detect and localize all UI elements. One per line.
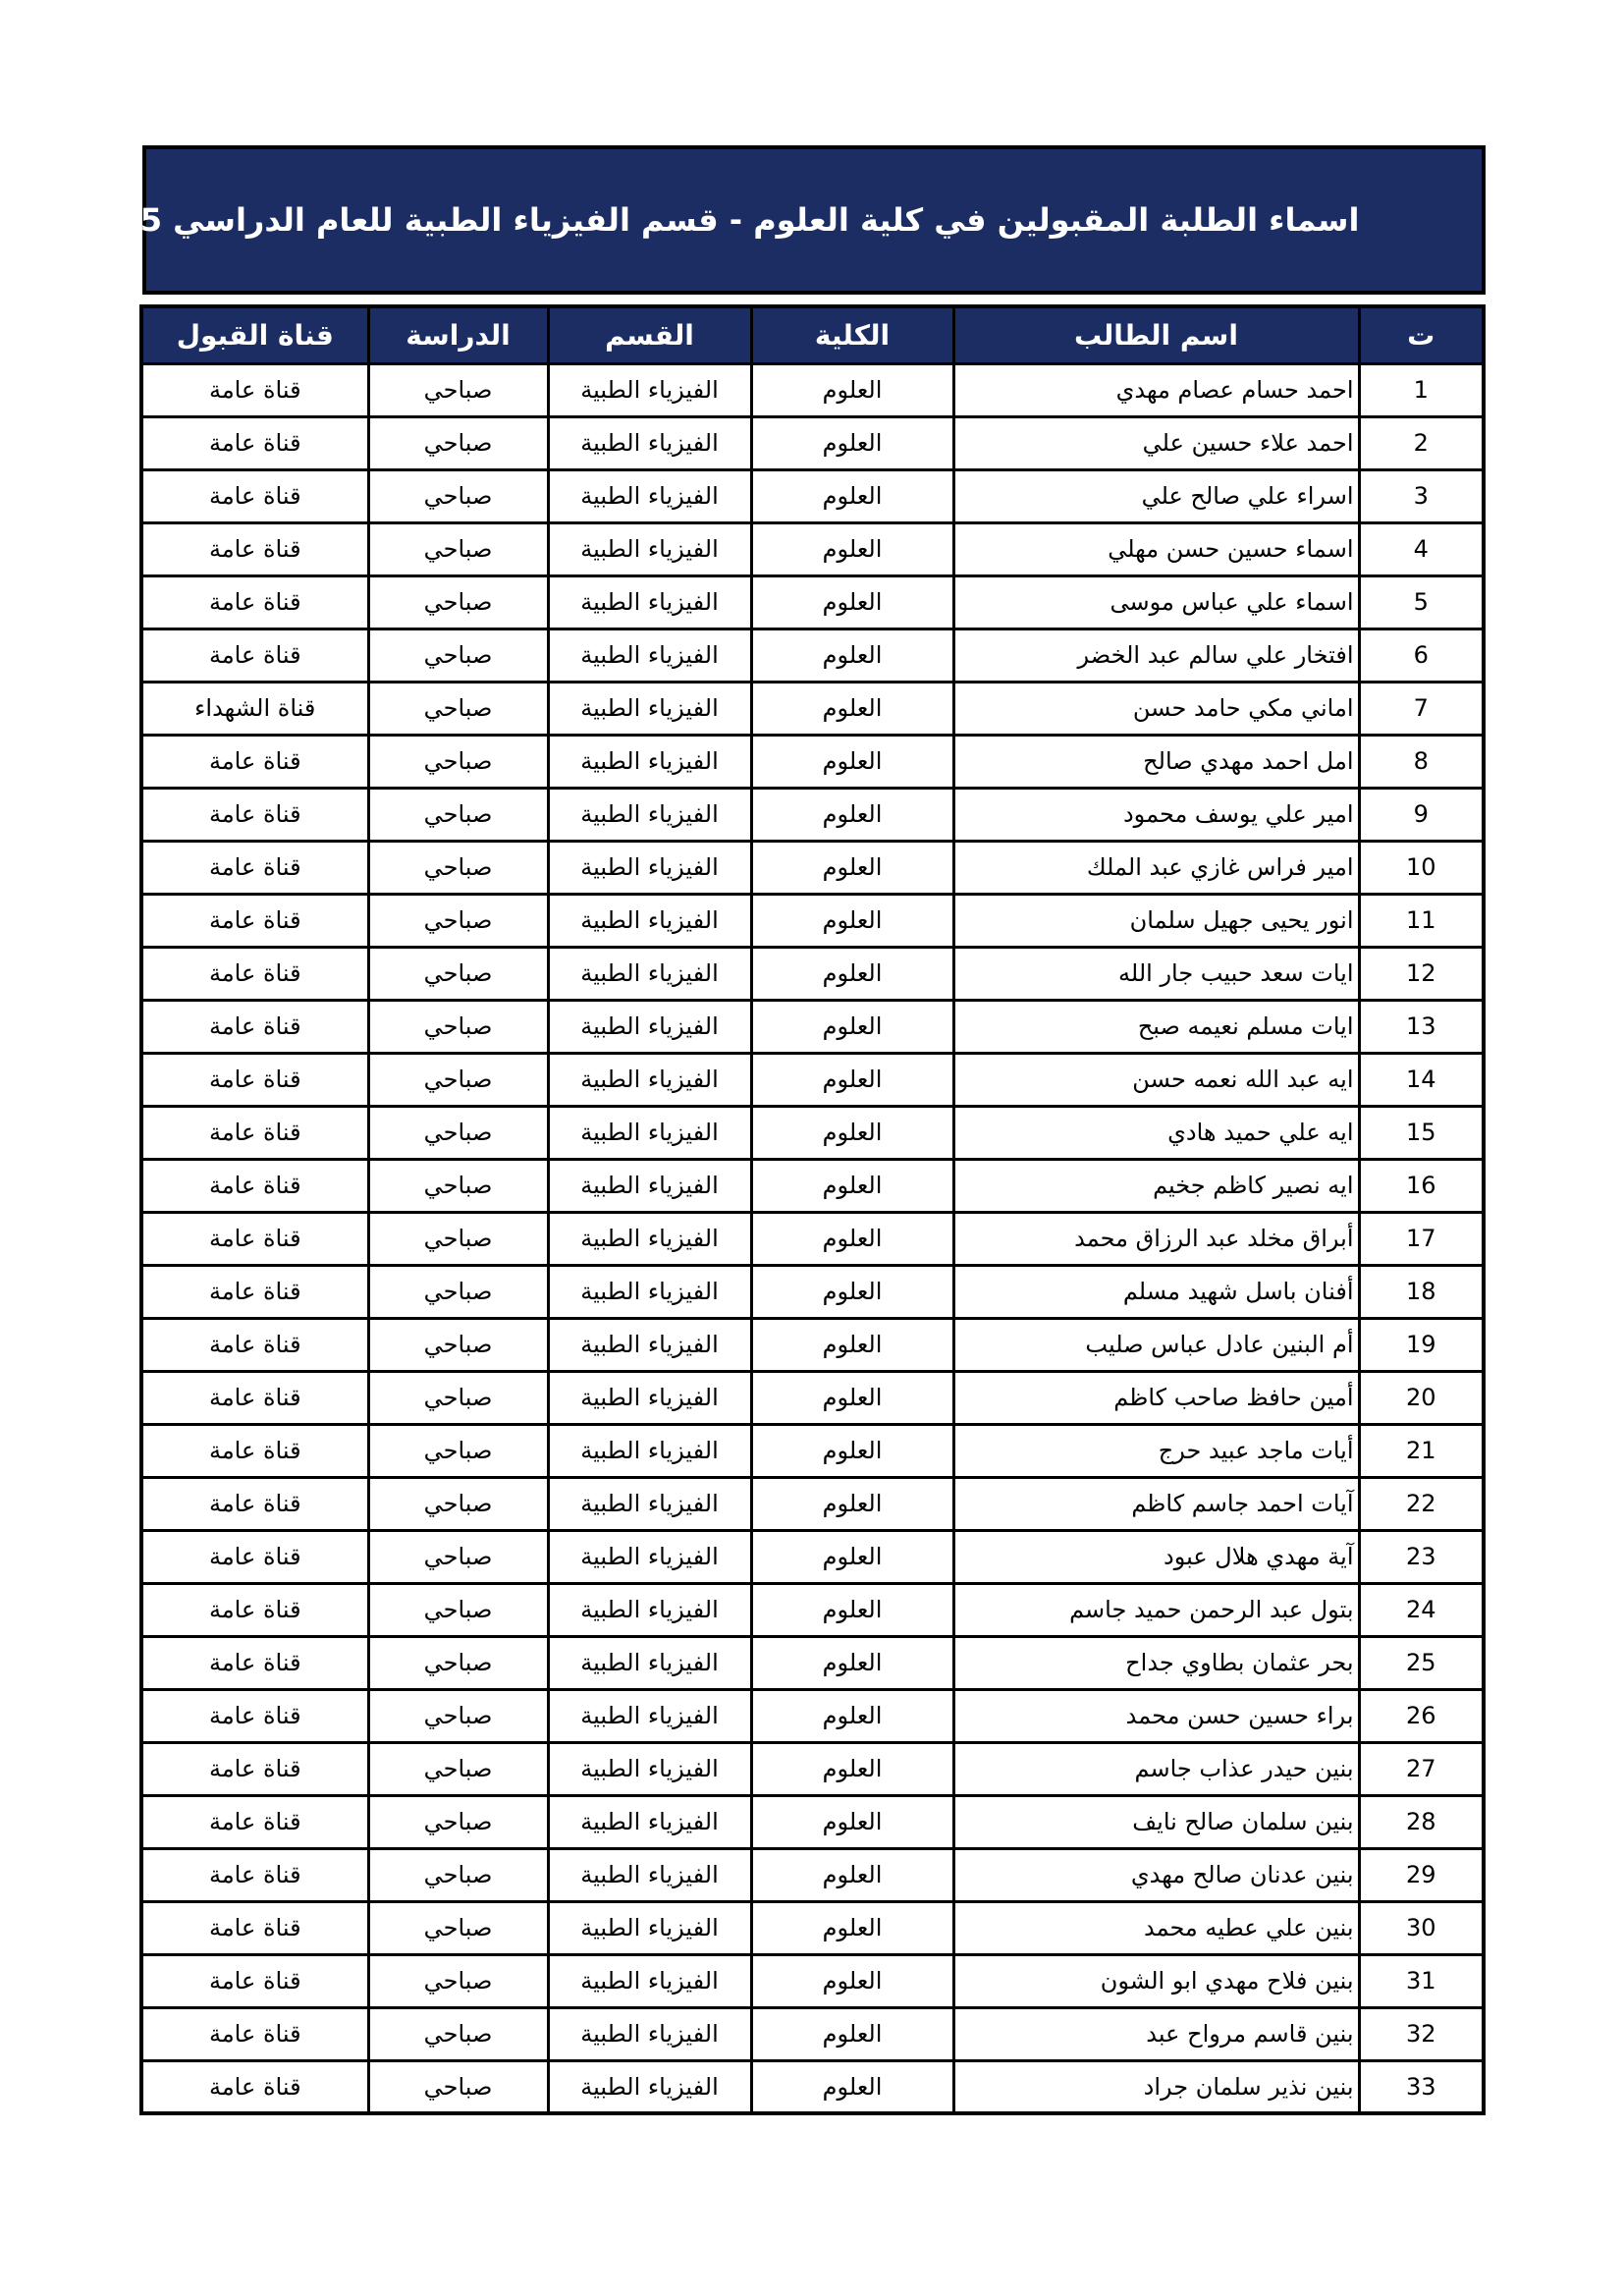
table-row: 8امل احمد مهدي صالحالعلومالفيزياء الطبية… <box>141 735 1484 788</box>
college-cell: العلوم <box>751 947 953 1000</box>
college-cell: العلوم <box>751 1689 953 1742</box>
table-row: 32بنين قاسم مرواح عبدالعلومالفيزياء الطب… <box>141 2007 1484 2060</box>
admission-channel-cell: قناة عامة <box>141 1477 368 1530</box>
department-cell: الفيزياء الطبية <box>548 1583 751 1636</box>
student-name-cell: امير فراس غازي عبد الملك <box>953 841 1359 894</box>
col-header-college: الكلية <box>751 306 953 363</box>
department-cell: الفيزياء الطبية <box>548 1265 751 1318</box>
admission-channel-cell: قناة عامة <box>141 1530 368 1583</box>
table-row: 17أبراق مخلد عبد الرزاق محمدالعلومالفيزي… <box>141 1212 1484 1265</box>
study-type-cell: صباحي <box>368 1053 548 1106</box>
student-name-cell: بنين عدنان صالح مهدي <box>953 1848 1359 1901</box>
department-cell: الفيزياء الطبية <box>548 2007 751 2060</box>
department-cell: الفيزياء الطبية <box>548 1901 751 1954</box>
college-cell: العلوم <box>751 1742 953 1795</box>
table-row: 6افتخار علي سالم عبد الخضرالعلومالفيزياء… <box>141 629 1484 682</box>
students-table: ت اسم الطالب الكلية القسم الدراسة قناة ا… <box>139 304 1486 2115</box>
study-type-cell: صباحي <box>368 1106 548 1159</box>
study-type-cell: صباحي <box>368 2007 548 2060</box>
college-cell: العلوم <box>751 1265 953 1318</box>
student-name-cell: ايات مسلم نعيمه صبح <box>953 1000 1359 1053</box>
study-type-cell: صباحي <box>368 1318 548 1371</box>
serial-cell: 21 <box>1359 1424 1484 1477</box>
serial-cell: 2 <box>1359 416 1484 469</box>
study-type-cell: صباحي <box>368 575 548 629</box>
serial-cell: 18 <box>1359 1265 1484 1318</box>
admission-channel-cell: قناة عامة <box>141 1689 368 1742</box>
study-type-cell: صباحي <box>368 1901 548 1954</box>
serial-cell: 10 <box>1359 841 1484 894</box>
study-type-cell: صباحي <box>368 1583 548 1636</box>
table-row: 1احمد حسام عصام مهديالعلومالفيزياء الطبي… <box>141 363 1484 416</box>
college-cell: العلوم <box>751 1000 953 1053</box>
admission-channel-cell: قناة عامة <box>141 1265 368 1318</box>
admission-channel-cell: قناة عامة <box>141 1901 368 1954</box>
college-cell: العلوم <box>751 522 953 575</box>
student-name-cell: بنين نذير سلمان جراد <box>953 2060 1359 2113</box>
study-type-cell: صباحي <box>368 416 548 469</box>
student-name-cell: أيات ماجد عبيد حرج <box>953 1424 1359 1477</box>
study-type-cell: صباحي <box>368 1265 548 1318</box>
department-cell: الفيزياء الطبية <box>548 1000 751 1053</box>
table-row: 25بحر عثمان بطاوي جداحالعلومالفيزياء الط… <box>141 1636 1484 1689</box>
admission-channel-cell: قناة عامة <box>141 947 368 1000</box>
admission-channel-cell: قناة عامة <box>141 1159 368 1212</box>
col-header-student-name: اسم الطالب <box>953 306 1359 363</box>
college-cell: العلوم <box>751 1636 953 1689</box>
study-type-cell: صباحي <box>368 1742 548 1795</box>
department-cell: الفيزياء الطبية <box>548 1106 751 1159</box>
serial-cell: 3 <box>1359 469 1484 522</box>
serial-cell: 16 <box>1359 1159 1484 1212</box>
study-type-cell: صباحي <box>368 1795 548 1848</box>
serial-cell: 19 <box>1359 1318 1484 1371</box>
college-cell: العلوم <box>751 1424 953 1477</box>
department-cell: الفيزياء الطبية <box>548 629 751 682</box>
department-cell: الفيزياء الطبية <box>548 1477 751 1530</box>
table-row: 33بنين نذير سلمان جرادالعلومالفيزياء الط… <box>141 2060 1484 2113</box>
college-cell: العلوم <box>751 575 953 629</box>
college-cell: العلوم <box>751 1477 953 1530</box>
admission-channel-cell: قناة عامة <box>141 841 368 894</box>
department-cell: الفيزياء الطبية <box>548 1212 751 1265</box>
college-cell: العلوم <box>751 2060 953 2113</box>
college-cell: العلوم <box>751 629 953 682</box>
document-page: اسماء الطلبة المقبولين في كلية العلوم - … <box>142 145 1486 2115</box>
serial-cell: 27 <box>1359 1742 1484 1795</box>
college-cell: العلوم <box>751 1954 953 2007</box>
department-cell: الفيزياء الطبية <box>548 735 751 788</box>
student-name-cell: بنين حيدر عذاب جاسم <box>953 1742 1359 1795</box>
college-cell: العلوم <box>751 735 953 788</box>
serial-cell: 6 <box>1359 629 1484 682</box>
admission-channel-cell: قناة عامة <box>141 1583 368 1636</box>
serial-cell: 1 <box>1359 363 1484 416</box>
col-header-study-type: الدراسة <box>368 306 548 363</box>
table-row: 20أمين حافظ صاحب كاظمالعلومالفيزياء الطب… <box>141 1371 1484 1424</box>
admission-channel-cell: قناة عامة <box>141 363 368 416</box>
college-cell: العلوم <box>751 1159 953 1212</box>
serial-cell: 8 <box>1359 735 1484 788</box>
student-name-cell: امير علي يوسف محمود <box>953 788 1359 841</box>
student-name-cell: انور يحيى جهيل سلمان <box>953 894 1359 947</box>
student-name-cell: براء حسين حسن محمد <box>953 1689 1359 1742</box>
college-cell: العلوم <box>751 1848 953 1901</box>
student-name-cell: بحر عثمان بطاوي جداح <box>953 1636 1359 1689</box>
admission-channel-cell: قناة عامة <box>141 1053 368 1106</box>
study-type-cell: صباحي <box>368 469 548 522</box>
college-cell: العلوم <box>751 1318 953 1371</box>
study-type-cell: صباحي <box>368 1212 548 1265</box>
admission-channel-cell: قناة عامة <box>141 894 368 947</box>
department-cell: الفيزياء الطبية <box>548 1530 751 1583</box>
study-type-cell: صباحي <box>368 1477 548 1530</box>
page-title: اسماء الطلبة المقبولين في كلية العلوم - … <box>0 201 1359 239</box>
table-row: 16ايه نصير كاظم جخيمالعلومالفيزياء الطبي… <box>141 1159 1484 1212</box>
department-cell: الفيزياء الطبية <box>548 788 751 841</box>
serial-cell: 25 <box>1359 1636 1484 1689</box>
student-name-cell: أفنان باسل شهيد مسلم <box>953 1265 1359 1318</box>
department-cell: الفيزياء الطبية <box>548 1795 751 1848</box>
table-row: 23آية مهدي هلال عبودالعلومالفيزياء الطبي… <box>141 1530 1484 1583</box>
study-type-cell: صباحي <box>368 2060 548 2113</box>
serial-cell: 11 <box>1359 894 1484 947</box>
serial-cell: 9 <box>1359 788 1484 841</box>
admission-channel-cell: قناة عامة <box>141 1742 368 1795</box>
study-type-cell: صباحي <box>368 1848 548 1901</box>
student-name-cell: اسراء علي صالح علي <box>953 469 1359 522</box>
study-type-cell: صباحي <box>368 522 548 575</box>
serial-cell: 13 <box>1359 1000 1484 1053</box>
admission-channel-cell: قناة عامة <box>141 1318 368 1371</box>
study-type-cell: صباحي <box>368 1689 548 1742</box>
table-row: 31بنين فلاح مهدي ابو الشونالعلومالفيزياء… <box>141 1954 1484 2007</box>
title-banner: اسماء الطلبة المقبولين في كلية العلوم - … <box>142 145 1486 295</box>
table-row: 22آيات احمد جاسم كاظمالعلومالفيزياء الطب… <box>141 1477 1484 1530</box>
student-name-cell: بنين علي عطيه محمد <box>953 1901 1359 1954</box>
department-cell: الفيزياء الطبية <box>548 1424 751 1477</box>
student-name-cell: أمين حافظ صاحب كاظم <box>953 1371 1359 1424</box>
college-cell: العلوم <box>751 416 953 469</box>
student-name-cell: افتخار علي سالم عبد الخضر <box>953 629 1359 682</box>
student-name-cell: بنين فلاح مهدي ابو الشون <box>953 1954 1359 2007</box>
department-cell: الفيزياء الطبية <box>548 1053 751 1106</box>
serial-cell: 29 <box>1359 1848 1484 1901</box>
serial-cell: 33 <box>1359 2060 1484 2113</box>
college-cell: العلوم <box>751 1371 953 1424</box>
college-cell: العلوم <box>751 1530 953 1583</box>
admission-channel-cell: قناة عامة <box>141 1212 368 1265</box>
admission-channel-cell: قناة عامة <box>141 1106 368 1159</box>
study-type-cell: صباحي <box>368 363 548 416</box>
student-name-cell: اسماء حسين حسن مهلي <box>953 522 1359 575</box>
student-name-cell: ايات سعد حبيب جار الله <box>953 947 1359 1000</box>
serial-cell: 15 <box>1359 1106 1484 1159</box>
student-name-cell: ايه عبد الله نعمه حسن <box>953 1053 1359 1106</box>
study-type-cell: صباحي <box>368 841 548 894</box>
admission-channel-cell: قناة عامة <box>141 1636 368 1689</box>
study-type-cell: صباحي <box>368 894 548 947</box>
study-type-cell: صباحي <box>368 1424 548 1477</box>
table-row: 18أفنان باسل شهيد مسلمالعلومالفيزياء الط… <box>141 1265 1484 1318</box>
serial-cell: 14 <box>1359 1053 1484 1106</box>
study-type-cell: صباحي <box>368 1636 548 1689</box>
department-cell: الفيزياء الطبية <box>548 1742 751 1795</box>
table-row: 2احمد علاء حسين عليالعلومالفيزياء الطبية… <box>141 416 1484 469</box>
serial-cell: 32 <box>1359 2007 1484 2060</box>
col-header-department: القسم <box>548 306 751 363</box>
serial-cell: 17 <box>1359 1212 1484 1265</box>
study-type-cell: صباحي <box>368 682 548 735</box>
table-row: 9امير علي يوسف محمودالعلومالفيزياء الطبي… <box>141 788 1484 841</box>
col-header-serial: ت <box>1359 306 1484 363</box>
study-type-cell: صباحي <box>368 735 548 788</box>
college-cell: العلوم <box>751 894 953 947</box>
table-row: 27بنين حيدر عذاب جاسمالعلومالفيزياء الطب… <box>141 1742 1484 1795</box>
admission-channel-cell: قناة عامة <box>141 1848 368 1901</box>
admission-channel-cell: قناة عامة <box>141 2060 368 2113</box>
table-row: 13ايات مسلم نعيمه صبحالعلومالفيزياء الطب… <box>141 1000 1484 1053</box>
student-name-cell: اماني مكي حامد حسن <box>953 682 1359 735</box>
serial-cell: 4 <box>1359 522 1484 575</box>
serial-cell: 26 <box>1359 1689 1484 1742</box>
table-row: 7اماني مكي حامد حسنالعلومالفيزياء الطبية… <box>141 682 1484 735</box>
college-cell: العلوم <box>751 1212 953 1265</box>
serial-cell: 24 <box>1359 1583 1484 1636</box>
college-cell: العلوم <box>751 1106 953 1159</box>
admission-channel-cell: قناة عامة <box>141 2007 368 2060</box>
admission-channel-cell: قناة عامة <box>141 416 368 469</box>
college-cell: العلوم <box>751 1795 953 1848</box>
admission-channel-cell: قناة عامة <box>141 1795 368 1848</box>
table-row: 28بنين سلمان صالح نايفالعلومالفيزياء الط… <box>141 1795 1484 1848</box>
table-row: 10امير فراس غازي عبد الملكالعلومالفيزياء… <box>141 841 1484 894</box>
department-cell: الفيزياء الطبية <box>548 363 751 416</box>
student-name-cell: اسماء علي عباس موسى <box>953 575 1359 629</box>
college-cell: العلوم <box>751 1583 953 1636</box>
student-name-cell: بنين قاسم مرواح عبد <box>953 2007 1359 2060</box>
study-type-cell: صباحي <box>368 1000 548 1053</box>
table-row: 30بنين علي عطيه محمدالعلومالفيزياء الطبي… <box>141 1901 1484 1954</box>
admission-channel-cell: قناة عامة <box>141 575 368 629</box>
table-row: 26براء حسين حسن محمدالعلومالفيزياء الطبي… <box>141 1689 1484 1742</box>
student-name-cell: بنين سلمان صالح نايف <box>953 1795 1359 1848</box>
study-type-cell: صباحي <box>368 788 548 841</box>
department-cell: الفيزياء الطبية <box>548 1371 751 1424</box>
college-cell: العلوم <box>751 682 953 735</box>
serial-cell: 30 <box>1359 1901 1484 1954</box>
table-row: 14ايه عبد الله نعمه حسنالعلومالفيزياء ال… <box>141 1053 1484 1106</box>
table-row: 24بتول عبد الرحمن حميد جاسمالعلومالفيزيا… <box>141 1583 1484 1636</box>
department-cell: الفيزياء الطبية <box>548 469 751 522</box>
department-cell: الفيزياء الطبية <box>548 416 751 469</box>
col-header-admission-channel: قناة القبول <box>141 306 368 363</box>
serial-cell: 28 <box>1359 1795 1484 1848</box>
table-header-row: ت اسم الطالب الكلية القسم الدراسة قناة ا… <box>141 306 1484 363</box>
admission-channel-cell: قناة عامة <box>141 1954 368 2007</box>
department-cell: الفيزياء الطبية <box>548 682 751 735</box>
table-row: 5اسماء علي عباس موسىالعلومالفيزياء الطبي… <box>141 575 1484 629</box>
table-row: 4اسماء حسين حسن مهليالعلومالفيزياء الطبي… <box>141 522 1484 575</box>
admission-channel-cell: قناة عامة <box>141 629 368 682</box>
department-cell: الفيزياء الطبية <box>548 947 751 1000</box>
student-name-cell: أبراق مخلد عبد الرزاق محمد <box>953 1212 1359 1265</box>
study-type-cell: صباحي <box>368 1530 548 1583</box>
admission-channel-cell: قناة عامة <box>141 1371 368 1424</box>
serial-cell: 22 <box>1359 1477 1484 1530</box>
department-cell: الفيزياء الطبية <box>548 1689 751 1742</box>
table-row: 3اسراء علي صالح عليالعلومالفيزياء الطبية… <box>141 469 1484 522</box>
study-type-cell: صباحي <box>368 1159 548 1212</box>
serial-cell: 5 <box>1359 575 1484 629</box>
college-cell: العلوم <box>751 1053 953 1106</box>
admission-channel-cell: قناة عامة <box>141 469 368 522</box>
study-type-cell: صباحي <box>368 629 548 682</box>
college-cell: العلوم <box>751 469 953 522</box>
department-cell: الفيزياء الطبية <box>548 841 751 894</box>
admission-channel-cell: قناة عامة <box>141 1424 368 1477</box>
department-cell: الفيزياء الطبية <box>548 1636 751 1689</box>
department-cell: الفيزياء الطبية <box>548 1954 751 2007</box>
student-name-cell: بتول عبد الرحمن حميد جاسم <box>953 1583 1359 1636</box>
student-name-cell: امل احمد مهدي صالح <box>953 735 1359 788</box>
department-cell: الفيزياء الطبية <box>548 522 751 575</box>
serial-cell: 12 <box>1359 947 1484 1000</box>
table-row: 12ايات سعد حبيب جار اللهالعلومالفيزياء ا… <box>141 947 1484 1000</box>
student-name-cell: احمد علاء حسين علي <box>953 416 1359 469</box>
serial-cell: 7 <box>1359 682 1484 735</box>
department-cell: الفيزياء الطبية <box>548 1848 751 1901</box>
student-name-cell: أم البنين عادل عباس صليب <box>953 1318 1359 1371</box>
department-cell: الفيزياء الطبية <box>548 894 751 947</box>
serial-cell: 31 <box>1359 1954 1484 2007</box>
admission-channel-cell: قناة عامة <box>141 735 368 788</box>
table-row: 19أم البنين عادل عباس صليبالعلومالفيزياء… <box>141 1318 1484 1371</box>
student-name-cell: ايه نصير كاظم جخيم <box>953 1159 1359 1212</box>
table-row: 29بنين عدنان صالح مهديالعلومالفيزياء الط… <box>141 1848 1484 1901</box>
serial-cell: 20 <box>1359 1371 1484 1424</box>
admission-channel-cell: قناة عامة <box>141 788 368 841</box>
students-table-body: 1احمد حسام عصام مهديالعلومالفيزياء الطبي… <box>141 363 1484 2113</box>
table-row: 11انور يحيى جهيل سلمانالعلومالفيزياء الط… <box>141 894 1484 947</box>
student-name-cell: احمد حسام عصام مهدي <box>953 363 1359 416</box>
study-type-cell: صباحي <box>368 1954 548 2007</box>
study-type-cell: صباحي <box>368 1371 548 1424</box>
department-cell: الفيزياء الطبية <box>548 1318 751 1371</box>
department-cell: الفيزياء الطبية <box>548 575 751 629</box>
student-name-cell: آيات احمد جاسم كاظم <box>953 1477 1359 1530</box>
admission-channel-cell: قناة عامة <box>141 1000 368 1053</box>
college-cell: العلوم <box>751 841 953 894</box>
college-cell: العلوم <box>751 2007 953 2060</box>
department-cell: الفيزياء الطبية <box>548 1159 751 1212</box>
college-cell: العلوم <box>751 363 953 416</box>
table-row: 15ايه علي حميد هاديالعلومالفيزياء الطبية… <box>141 1106 1484 1159</box>
admission-channel-cell: قناة الشهداء <box>141 682 368 735</box>
college-cell: العلوم <box>751 788 953 841</box>
serial-cell: 23 <box>1359 1530 1484 1583</box>
student-name-cell: ايه علي حميد هادي <box>953 1106 1359 1159</box>
department-cell: الفيزياء الطبية <box>548 2060 751 2113</box>
admission-channel-cell: قناة عامة <box>141 522 368 575</box>
college-cell: العلوم <box>751 1901 953 1954</box>
table-row: 21أيات ماجد عبيد حرجالعلومالفيزياء الطبي… <box>141 1424 1484 1477</box>
study-type-cell: صباحي <box>368 947 548 1000</box>
student-name-cell: آية مهدي هلال عبود <box>953 1530 1359 1583</box>
